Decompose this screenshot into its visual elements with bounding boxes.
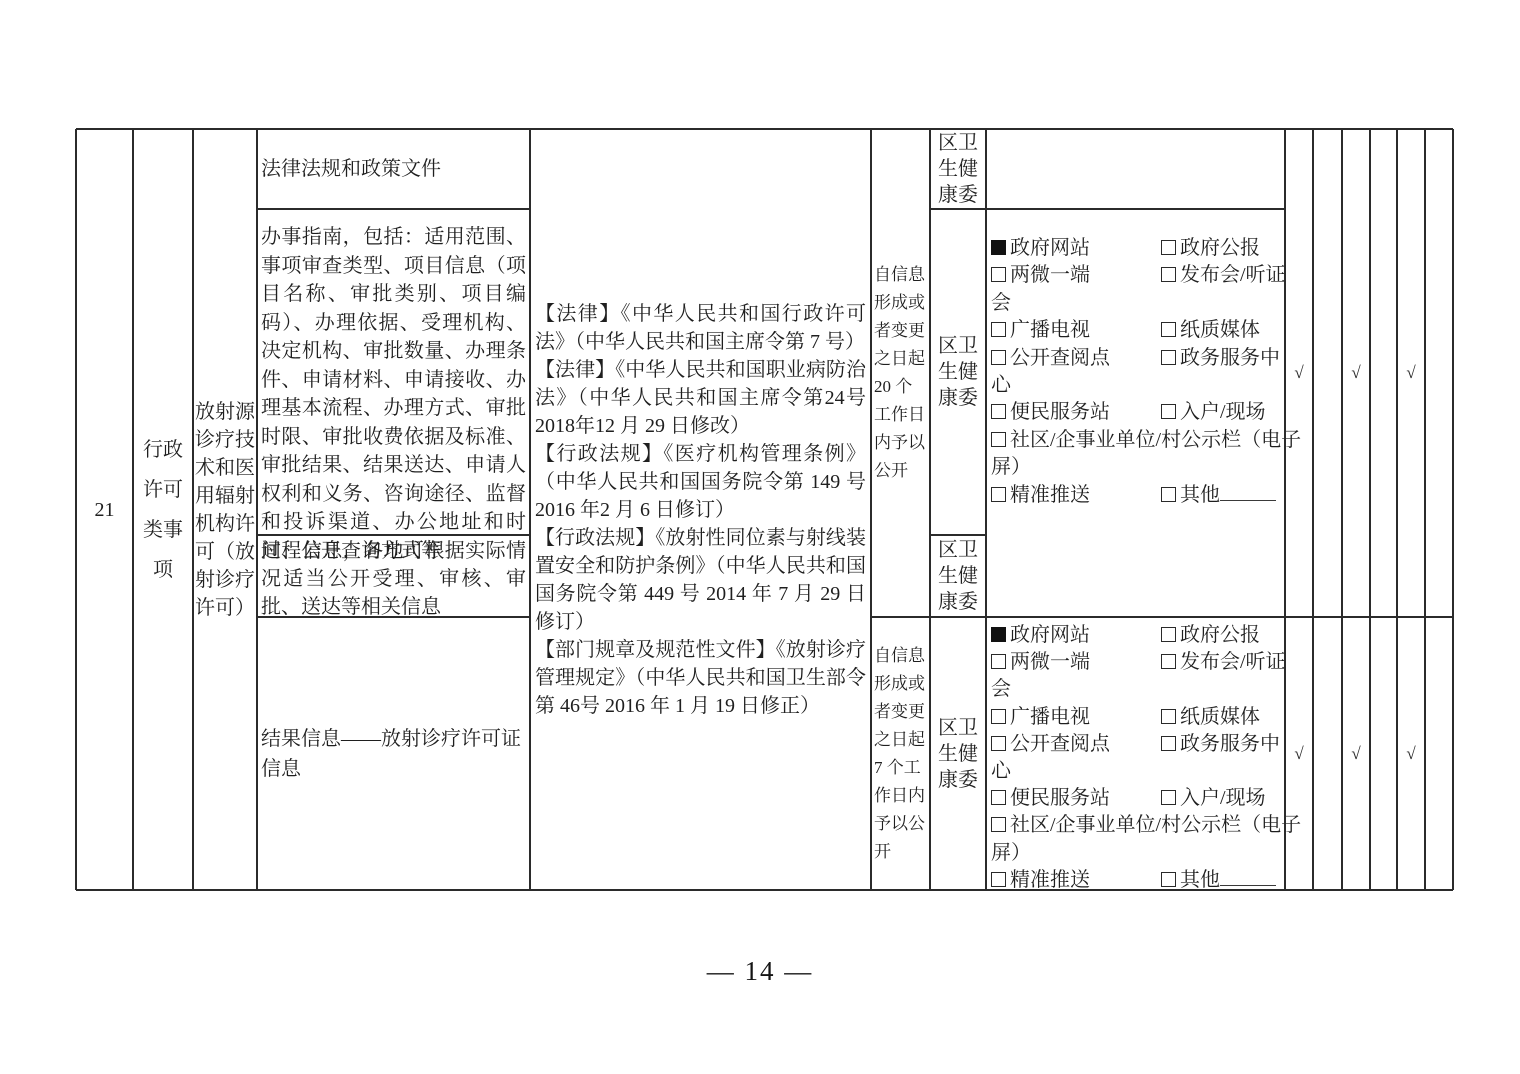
checkbox-empty-icon	[1161, 350, 1176, 365]
checkbox-empty-icon	[1161, 487, 1176, 502]
serial-number-cell: 21	[76, 129, 133, 890]
legal-basis-item: 【部门规章及规范性文件】《放射诊疗管理规定》（中华人民共和国卫生部令第 46号 …	[535, 636, 866, 720]
checkbox-empty-icon	[991, 736, 1006, 751]
responsible-body-label: 区卫生健康委	[938, 537, 978, 615]
channels-upper-cell: 政府网站政府公报两微一端发布会/听证会广播电视纸质媒体公开查阅点政务服务中心便民…	[986, 209, 1285, 617]
channel-option-wrap: 心	[991, 372, 1011, 399]
responsible-body-label: 区卫生健康委	[938, 130, 978, 208]
check-mark-cell: √	[1285, 617, 1313, 890]
channel-line: 两微一端发布会/听证	[991, 649, 1281, 676]
channel-line: 社区/企事业单位/村公示栏（电子	[991, 812, 1281, 839]
checkbox-empty-icon	[1161, 709, 1176, 724]
channel-option-wrap: 心	[991, 758, 1011, 785]
channel-option: 精准推送	[991, 482, 1161, 509]
responsible-cell-3: 区卫生健康委	[930, 535, 986, 617]
responsible-body-label: 区卫生健康委	[938, 715, 978, 793]
channel-line: 精准推送其他	[991, 482, 1281, 509]
channel-option: 公开查阅点	[991, 345, 1161, 372]
checkbox-empty-icon	[1161, 872, 1176, 887]
table-grid-line	[257, 208, 530, 210]
page-number: — 14 —	[0, 948, 1520, 994]
checkbox-empty-icon	[991, 654, 1006, 669]
channel-option: 便民服务站	[991, 399, 1161, 426]
channel-option: 政务服务中	[1161, 345, 1281, 372]
table-grid-line	[1452, 129, 1454, 890]
category-cell: 行政许可类事项	[133, 129, 193, 890]
legal-basis-item: 【行政法规】《放射性同位素与射线装置安全和防护条例》（中华人民共和国国务院令第 …	[535, 524, 866, 636]
checkbox-empty-icon	[1161, 404, 1176, 419]
channel-option-wrap: 会	[991, 676, 1011, 703]
table-grid-line	[1424, 129, 1426, 890]
table-grid-line	[256, 129, 258, 890]
channel-option: 政府公报	[1161, 622, 1281, 649]
check-empty-cell	[1370, 129, 1397, 617]
channel-line: 便民服务站入户/现场	[991, 399, 1281, 426]
legal-basis-item: 【行政法规】《医疗机构管理条例》（中华人民共和国国务院令第 149 号 2016…	[535, 440, 866, 524]
content-result-text: 结果信息——放射诊疗许可证信息	[261, 724, 526, 784]
checkbox-empty-icon	[991, 404, 1006, 419]
checkbox-empty-icon	[991, 709, 1006, 724]
checkbox-empty-icon	[991, 322, 1006, 337]
checkbox-checked-icon	[991, 627, 1006, 642]
table-grid-line	[132, 129, 134, 890]
channel-option: 两微一端	[991, 649, 1161, 676]
checkbox-empty-icon	[1161, 267, 1176, 282]
responsible-cell-2: 区卫生健康委	[930, 209, 986, 535]
channel-option: 政府公报	[1161, 235, 1281, 262]
content-cell-process: 过程信息，各地可根据实际情况适当公开受理、审核、审批、送达等相关信息	[257, 535, 530, 617]
channels-empty-cell	[986, 129, 1285, 209]
channel-line: 公开查阅点政务服务中	[991, 731, 1281, 758]
channel-line: 会	[991, 290, 1281, 317]
deadline-upper-text: 自信息形成或者变更之日起20 个工作日内予以公开	[874, 261, 927, 485]
table-grid-line	[75, 129, 77, 890]
channel-line: 政府网站政府公报	[991, 622, 1281, 649]
table-grid-line	[930, 534, 986, 536]
legal-basis-cell: 【法律】《中华人民共和国行政许可法》（中华人民共和国主席令第 7 号）【法律】《…	[530, 129, 871, 890]
checkbox-empty-icon	[1161, 627, 1176, 642]
channels-checklist: 政府网站政府公报两微一端发布会/听证会广播电视纸质媒体公开查阅点政务服务中心便民…	[991, 235, 1281, 509]
channel-option: 政府网站	[991, 235, 1161, 262]
table-grid-line	[930, 208, 1285, 210]
check-empty-cell	[1425, 617, 1453, 890]
content-cell-guide: 办事指南，包括：适用范围、事项审查类型、项目信息（项目名称、审批类别、项目编码）…	[257, 209, 530, 535]
checkbox-empty-icon	[991, 817, 1006, 832]
table-grid-line	[76, 889, 1453, 891]
category-label: 行政许可类事项	[141, 430, 185, 590]
content-cell-result: 结果信息——放射诊疗许可证信息	[257, 617, 530, 890]
channel-option: 发布会/听证	[1161, 262, 1286, 289]
table-grid-line	[1341, 129, 1343, 890]
table-grid-line	[871, 616, 1453, 618]
channel-line: 屏）	[991, 840, 1281, 867]
channel-option-wrap: 屏）	[991, 454, 1031, 481]
table-grid-line	[257, 616, 530, 618]
legal-basis-item: 【法律】《中华人民共和国行政许可法》（中华人民共和国主席令第 7 号）	[535, 300, 866, 356]
table-grid-line	[192, 129, 194, 890]
channel-option: 政府网站	[991, 622, 1161, 649]
channel-option: 纸质媒体	[1161, 317, 1281, 344]
serial-number: 21	[76, 496, 133, 524]
check-empty-cell	[1425, 129, 1453, 617]
check-mark-cell: √	[1342, 617, 1370, 890]
channel-option-wrap: 会	[991, 290, 1011, 317]
checkbox-empty-icon	[1161, 790, 1176, 805]
channel-line: 心	[991, 372, 1281, 399]
table-grid-line	[1369, 129, 1371, 890]
checkbox-checked-icon	[991, 240, 1006, 255]
channel-option: 发布会/听证	[1161, 649, 1286, 676]
checkbox-empty-icon	[1161, 322, 1176, 337]
channel-line: 公开查阅点政务服务中	[991, 345, 1281, 372]
deadline-upper-cell: 自信息形成或者变更之日起20 个工作日内予以公开	[871, 129, 930, 617]
disclosure-table: 21 行政许可类事项 放射源诊疗技术和医用辐射机构许可（放射诊疗许可） 法律法规…	[76, 129, 1453, 890]
channel-line: 广播电视纸质媒体	[991, 317, 1281, 344]
table-grid-line	[529, 129, 531, 890]
channel-option: 社区/企事业单位/村公示栏（电子	[991, 812, 1301, 839]
channel-option: 纸质媒体	[1161, 704, 1281, 731]
content-laws-text: 法律法规和政策文件	[261, 155, 526, 183]
responsible-cell-1: 区卫生健康委	[930, 129, 986, 209]
content-cell-laws: 法律法规和政策文件	[257, 129, 530, 209]
table-grid-line	[1284, 129, 1286, 890]
legal-basis-list: 【法律】《中华人民共和国行政许可法》（中华人民共和国主席令第 7 号）【法律】《…	[535, 300, 866, 720]
channel-option: 其他	[1161, 482, 1281, 509]
checkbox-empty-icon	[991, 267, 1006, 282]
channel-option-wrap: 屏）	[991, 840, 1031, 867]
channel-option: 入户/现场	[1161, 785, 1281, 812]
check-mark-cell: √	[1285, 129, 1313, 617]
check-mark-cell: √	[1397, 617, 1425, 890]
checkbox-empty-icon	[991, 872, 1006, 887]
deadline-lower-text: 自信息形成或者变更之日起7 个工作日内予以公开	[874, 642, 927, 866]
channel-option: 入户/现场	[1161, 399, 1281, 426]
checkbox-empty-icon	[991, 432, 1006, 447]
channel-line: 社区/企事业单位/村公示栏（电子	[991, 427, 1281, 454]
channel-option: 公开查阅点	[991, 731, 1161, 758]
table-grid-line	[1396, 129, 1398, 890]
channel-option: 广播电视	[991, 317, 1161, 344]
checkbox-empty-icon	[1161, 240, 1176, 255]
item-name-cell: 放射源诊疗技术和医用辐射机构许可（放射诊疗许可）	[193, 129, 257, 890]
legal-basis-item: 【法律】《中华人民共和国职业病防治法》（中华人民共和国主席令第24号 2018年…	[535, 356, 866, 440]
channel-option: 广播电视	[991, 704, 1161, 731]
channel-line: 政府网站政府公报	[991, 235, 1281, 262]
channel-line: 会	[991, 676, 1281, 703]
channel-line: 两微一端发布会/听证	[991, 262, 1281, 289]
channel-line: 屏）	[991, 454, 1281, 481]
channel-line: 广播电视纸质媒体	[991, 704, 1281, 731]
channels-lower-cell: 政府网站政府公报两微一端发布会/听证会广播电视纸质媒体公开查阅点政务服务中心便民…	[986, 617, 1285, 890]
table-grid-line	[870, 129, 872, 890]
check-mark-cell: √	[1397, 129, 1425, 617]
checkbox-empty-icon	[991, 790, 1006, 805]
content-guide-text: 办事指南，包括：适用范围、事项审查类型、项目信息（项目名称、审批类别、项目编码）…	[261, 223, 526, 565]
blank-underline	[1220, 485, 1276, 501]
channel-option: 社区/企事业单位/村公示栏（电子	[991, 427, 1301, 454]
channel-line: 便民服务站入户/现场	[991, 785, 1281, 812]
responsible-body-label: 区卫生健康委	[938, 333, 978, 411]
checkbox-empty-icon	[991, 350, 1006, 365]
blank-underline	[1220, 870, 1276, 886]
table-grid-line	[929, 129, 931, 890]
check-empty-cell	[1370, 617, 1397, 890]
responsible-cell-4: 区卫生健康委	[930, 617, 986, 890]
channel-line: 心	[991, 758, 1281, 785]
item-name: 放射源诊疗技术和医用辐射机构许可（放射诊疗许可）	[195, 398, 255, 622]
channel-option: 两微一端	[991, 262, 1161, 289]
table-grid-line	[985, 129, 987, 890]
table-grid-line	[1312, 129, 1314, 890]
checkbox-empty-icon	[991, 487, 1006, 502]
table-grid-line	[76, 128, 1453, 130]
checkbox-empty-icon	[1161, 736, 1176, 751]
check-empty-cell	[1313, 129, 1342, 617]
content-process-text: 过程信息，各地可根据实际情况适当公开受理、审核、审批、送达等相关信息	[261, 537, 526, 621]
checkbox-empty-icon	[1161, 654, 1176, 669]
channel-option: 政务服务中	[1161, 731, 1281, 758]
channels-checklist: 政府网站政府公报两微一端发布会/听证会广播电视纸质媒体公开查阅点政务服务中心便民…	[991, 622, 1281, 894]
check-mark-cell: √	[1342, 129, 1370, 617]
channel-option: 便民服务站	[991, 785, 1161, 812]
table-grid-line	[257, 534, 530, 536]
deadline-lower-cell: 自信息形成或者变更之日起7 个工作日内予以公开	[871, 617, 930, 890]
check-empty-cell	[1313, 617, 1342, 890]
